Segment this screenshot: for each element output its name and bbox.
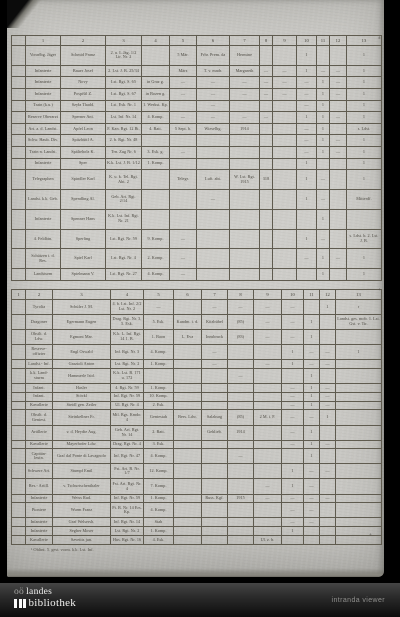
table-cell: 4. Rgt. Nr. 59 bbox=[111, 384, 144, 393]
table-cell: 1. Komp. bbox=[142, 158, 170, 170]
table-cell: — bbox=[320, 440, 336, 449]
table-cell: Dragoner bbox=[26, 315, 53, 330]
table-cell: 1 bbox=[304, 369, 320, 384]
table-cell: 3. Esk. bbox=[144, 440, 174, 449]
table-cell: Pioniere bbox=[26, 503, 53, 518]
table-cell: 1 bbox=[282, 527, 304, 536]
table-cell: — bbox=[228, 300, 254, 315]
table-cell: Graf dal Ponte di Lavagnolo bbox=[53, 449, 111, 464]
table-cell: Weiss Rud. bbox=[53, 494, 111, 503]
table-row: Reserve- offizierEngl OswaldInf. Rgt. Nr… bbox=[12, 345, 382, 360]
table-cell: Landst.- Inf. bbox=[26, 360, 53, 369]
table-cell: Landsturm bbox=[26, 269, 61, 281]
margin-mark: + bbox=[369, 533, 373, 539]
table-cell bbox=[12, 77, 26, 89]
table-cell bbox=[230, 158, 260, 170]
table-cell: 9. Komp. bbox=[142, 229, 170, 249]
table-cell: Steidl gen. Zeiler bbox=[53, 401, 111, 410]
table-cell: — bbox=[304, 410, 320, 425]
table-cell bbox=[174, 384, 202, 393]
table-row: Landst.- Inf.Grazioli AntonLst. Rgt. Nr.… bbox=[12, 360, 382, 369]
table-cell: Margareth bbox=[230, 65, 260, 77]
table-cell bbox=[12, 189, 26, 209]
table-cell bbox=[12, 440, 26, 449]
table-cell: Mil. Bgs. Kmdo. 4 bbox=[111, 410, 144, 425]
page-corner-shadow bbox=[7, 0, 47, 28]
table-cell bbox=[228, 401, 254, 410]
table-cell: Graf Welsersh. bbox=[53, 518, 111, 527]
table-cell: Infanterie bbox=[26, 65, 61, 77]
table-cell: Infant. bbox=[26, 392, 53, 401]
table-cell: Apfel Leon bbox=[61, 123, 106, 135]
table-cell: Bauer Josef bbox=[61, 65, 106, 77]
table-cell bbox=[254, 369, 282, 384]
table-row: DragonerEgermann EugenDrag. Rgt. Nr. 3, … bbox=[12, 315, 382, 330]
table-cell: 2 M. i. F. bbox=[254, 410, 282, 425]
table-cell: Luft. abt. bbox=[197, 170, 230, 190]
table-cell: 1 bbox=[282, 479, 304, 494]
table-row: InfanterieBauer Josef2. Lst. J. B. 25/34… bbox=[12, 65, 382, 77]
table-cell: Lst. Inf. Nr. 14 bbox=[106, 112, 142, 124]
table-cell bbox=[230, 269, 260, 281]
table-cell bbox=[336, 425, 382, 440]
table-cell: — bbox=[320, 345, 336, 360]
logo-line1: oölandes bbox=[14, 587, 76, 597]
table-cell: — bbox=[144, 300, 174, 315]
column-number: 7 bbox=[202, 290, 228, 300]
logo-landes: landes bbox=[26, 587, 52, 597]
table-cell: Obstlt. d. Ldw. bbox=[26, 330, 53, 345]
table-row: InfanterieNovyLst. Rgt. S. 65in Graz g.—… bbox=[12, 77, 382, 89]
table-cell: Pi. B. Nr. 14 Ers. Kp. bbox=[111, 503, 144, 518]
table-cell bbox=[12, 100, 26, 112]
table-cell bbox=[174, 425, 202, 440]
table-cell: in Bozen g. bbox=[142, 89, 170, 101]
table-cell bbox=[330, 229, 347, 249]
table-cell: Hasler bbox=[53, 384, 111, 393]
table-cell: — bbox=[320, 392, 336, 401]
column-number: 1 bbox=[26, 36, 61, 46]
table-cell: Obstlt. d. Geniest. bbox=[26, 410, 53, 425]
table-cell bbox=[273, 46, 297, 66]
column-number: 5 bbox=[144, 290, 174, 300]
table-cell: 1. Komp. bbox=[144, 527, 174, 536]
table-cell bbox=[273, 170, 297, 190]
scanned-page[interactable]: 12345678910111213Vorarlbg. JägerSchmid F… bbox=[7, 0, 384, 577]
table-cell bbox=[336, 330, 382, 345]
table-cell bbox=[254, 449, 282, 464]
table-cell: 4. Esk. bbox=[144, 536, 174, 545]
table-cell: 4. Komp. bbox=[142, 269, 170, 281]
table-cell: 1 bbox=[282, 464, 304, 479]
table-row: Res.- Artill.v. TschurtschenthalerFst. A… bbox=[12, 479, 382, 494]
table-cell bbox=[228, 503, 254, 518]
footnote: ¹ Obltnt. 5. gest. vorm. k.k. Lst. Inf. bbox=[31, 547, 94, 552]
table-cell: k.k. Land- sturm bbox=[26, 369, 53, 384]
table-cell: Schmid Franz bbox=[61, 46, 106, 66]
table-cell: 4. Komp. bbox=[144, 503, 174, 518]
table-cell bbox=[197, 158, 230, 170]
table-cell: Wurm Franz bbox=[53, 503, 111, 518]
table-cell: Mitterdf. bbox=[347, 189, 382, 209]
table-cell bbox=[12, 464, 26, 479]
table-cell: Infanterie bbox=[26, 209, 61, 229]
table-cell: 1. Baon bbox=[144, 330, 174, 345]
table-cell bbox=[12, 410, 26, 425]
table-cell bbox=[197, 269, 230, 281]
table-cell: — bbox=[282, 518, 304, 527]
table-cell bbox=[273, 158, 297, 170]
table-cell bbox=[12, 527, 26, 536]
table-cell: Telegr. bbox=[170, 170, 197, 190]
table-cell: Fst. Art. B. Nr. 1/7 bbox=[111, 464, 144, 479]
table-cell: — bbox=[228, 449, 254, 464]
table-cell bbox=[336, 494, 382, 503]
column-number bbox=[12, 36, 26, 46]
table-cell bbox=[336, 410, 382, 425]
table-cell bbox=[12, 369, 26, 384]
table-cell: Inf. Rgt. Nr. 59 bbox=[111, 392, 144, 401]
table-cell: Hus. Rgt. Nr. 16 bbox=[111, 536, 144, 545]
table-row: InfanterieSperK.k. Lst. J. B. 1/121. Kom… bbox=[12, 158, 382, 170]
table-cell: Russ. Kgf. bbox=[202, 494, 228, 503]
table-cell: Infanterie bbox=[26, 527, 53, 536]
table-cell: K.k. L. Inf. Rgt. 14 1. B. bbox=[111, 330, 144, 345]
table-cell bbox=[282, 449, 304, 464]
table-cell bbox=[197, 249, 230, 269]
table-cell: (85) bbox=[228, 410, 254, 425]
table-cell bbox=[336, 401, 382, 410]
table-cell bbox=[336, 503, 382, 518]
table-cell bbox=[304, 527, 320, 536]
table-cell: Szyła Thadd. bbox=[61, 100, 106, 112]
table-cell: — bbox=[202, 360, 228, 369]
table-cell: 1 bbox=[320, 410, 336, 425]
table-row: Train (k.u.)Szyła Thadd.Lst. Esk. Nr. 11… bbox=[12, 100, 382, 112]
table-cell bbox=[320, 369, 336, 384]
table-cell: — bbox=[330, 65, 347, 77]
column-number: 4 bbox=[111, 290, 144, 300]
table-cell bbox=[282, 536, 304, 545]
table-cell bbox=[174, 518, 202, 527]
table-cell: L. Eva bbox=[174, 330, 202, 345]
library-logo[interactable]: oölandes bibliothek bbox=[14, 587, 76, 609]
table-cell bbox=[260, 269, 273, 281]
table-cell bbox=[260, 229, 273, 249]
table-cell bbox=[254, 527, 282, 536]
table-cell: — bbox=[297, 100, 317, 112]
table-cell bbox=[320, 425, 336, 440]
table-row: Obstlt. d. Ldw.Egmont Mar.K.k. L. Inf. R… bbox=[12, 330, 382, 345]
table-cell: — bbox=[202, 345, 228, 360]
column-number: 2 bbox=[61, 36, 106, 46]
table-cell: — bbox=[282, 410, 304, 425]
table-cell: K.k. Lst. J. B. 1/12 bbox=[106, 158, 142, 170]
table-cell bbox=[260, 249, 273, 269]
table-cell: — bbox=[197, 89, 230, 101]
table-cell: 1 bbox=[347, 158, 382, 170]
table-cell: Infanterie bbox=[26, 89, 61, 101]
table-cell: Train (k.u.) bbox=[26, 100, 61, 112]
table-cell: 1 bbox=[304, 384, 320, 393]
table-cell: Artillerie bbox=[26, 425, 53, 440]
table-cell: — bbox=[197, 100, 230, 112]
table-cell bbox=[12, 46, 26, 66]
table-cell: Infanterie bbox=[26, 494, 53, 503]
table-cell: Reserve- offizier bbox=[26, 345, 53, 360]
table-cell bbox=[12, 360, 26, 369]
table-cell bbox=[273, 249, 297, 269]
table-cell: 1915 bbox=[228, 494, 254, 503]
table-cell: 1 bbox=[347, 46, 382, 66]
table-cell: Kavallerie bbox=[26, 401, 53, 410]
table-cell: Capitän- leutn. bbox=[26, 449, 53, 464]
table-cell: Drag. Rgt. Nr. 3, 5. Esk. bbox=[111, 315, 144, 330]
table-cell bbox=[174, 440, 202, 449]
table-cell: — bbox=[304, 494, 320, 503]
table-row: Artilleriev. d. Heydte Aug.Geb. Art. Rgt… bbox=[12, 425, 382, 440]
table-cell bbox=[12, 229, 26, 249]
table-cell bbox=[197, 146, 230, 158]
table-cell bbox=[336, 518, 382, 527]
table-cell: — bbox=[254, 494, 282, 503]
table-cell bbox=[202, 401, 228, 410]
table-cell bbox=[202, 440, 228, 449]
table-cell: — bbox=[297, 249, 317, 269]
table-cell: — bbox=[317, 189, 330, 209]
table-cell bbox=[170, 209, 197, 229]
table-cell: 1 bbox=[347, 269, 382, 281]
table-cell bbox=[12, 123, 26, 135]
table-cell: Kundm. i. d. bbox=[174, 315, 202, 330]
table-cell: Vorarlbg. Jäger bbox=[26, 46, 61, 66]
column-number: 3 bbox=[53, 290, 111, 300]
table-cell: 5 Mär. bbox=[170, 46, 197, 66]
table-cell bbox=[230, 146, 260, 158]
table-cell: 1 bbox=[297, 170, 317, 190]
table-cell bbox=[12, 158, 26, 170]
table-cell: 5. Esk. bbox=[144, 315, 174, 330]
table-row: Schwere Art.Stumpf EmilFst. Art. B. Nr. … bbox=[12, 464, 382, 479]
table-cell bbox=[273, 112, 297, 124]
table-cell bbox=[12, 503, 26, 518]
table-cell bbox=[12, 518, 26, 527]
table-cell bbox=[12, 392, 26, 401]
table-cell: 4. Feldbtn. bbox=[26, 229, 61, 249]
table-row: KavallerieSteidl gen. ZeilerUl. Rgt. Nr.… bbox=[12, 401, 382, 410]
table-cell bbox=[336, 479, 382, 494]
table-cell: 1 bbox=[317, 209, 330, 229]
table-cell: — bbox=[230, 77, 260, 89]
table-cell: 1 bbox=[317, 135, 330, 147]
table-cell: K.k. Lst. Inf. Rgt. Nr. 21 bbox=[106, 209, 142, 229]
table-cell bbox=[197, 135, 230, 147]
table-cell: — bbox=[304, 479, 320, 494]
table-cell: Lst. Rgt. Nr. 27 bbox=[106, 269, 142, 281]
table-cell: — bbox=[273, 77, 297, 89]
table-cell bbox=[12, 401, 26, 410]
table-cell: 4. Komp. bbox=[142, 112, 170, 124]
table-cell bbox=[202, 392, 228, 401]
table-cell: 1 bbox=[297, 112, 317, 124]
margin-mark: ± bbox=[378, 36, 382, 42]
table-cell bbox=[12, 315, 26, 330]
table-cell: 1 bbox=[317, 269, 330, 281]
table-cell bbox=[336, 369, 382, 384]
table-cell: s. Ldst. b. 2. Lst. J. B. bbox=[347, 229, 382, 249]
table-cell: W. Lst. Rgt. 1915 bbox=[230, 170, 260, 190]
table-cell bbox=[336, 440, 382, 449]
table-cell: — bbox=[317, 229, 330, 249]
table-row: KavallerieSzvetits jun.Hus. Rgt. Nr. 164… bbox=[12, 536, 382, 545]
table-cell: K. u. k. Tel. Rgt. Abt. 2 bbox=[106, 170, 142, 190]
table-cell: Fst. Art. Rgt. Nr. 4 bbox=[111, 479, 144, 494]
column-number: 10 bbox=[282, 290, 304, 300]
table-cell: Sperner Ant. bbox=[61, 112, 106, 124]
table-cell: — bbox=[260, 65, 273, 77]
table-cell bbox=[202, 479, 228, 494]
table-cell bbox=[228, 518, 254, 527]
table-cell bbox=[202, 384, 228, 393]
table-cell: — bbox=[260, 77, 273, 89]
table-cell: 1. Werkst. Kp. bbox=[142, 100, 170, 112]
table-cell bbox=[304, 536, 320, 545]
table-cell: 4. Komp. bbox=[144, 345, 174, 360]
table-cell bbox=[142, 170, 170, 190]
table-cell bbox=[202, 369, 228, 384]
column-number: 11 bbox=[317, 36, 330, 46]
table-cell bbox=[202, 449, 228, 464]
table-cell: Novy bbox=[61, 77, 106, 89]
table-cell: — bbox=[197, 112, 230, 124]
table-cell: Trn. Zug Nr. 6 bbox=[106, 146, 142, 158]
table-cell: Spindler Karl bbox=[61, 170, 106, 190]
table-cell: Mayerhofer Ldw. bbox=[53, 440, 111, 449]
table-cell: 1 bbox=[347, 170, 382, 190]
table-row: Capitän- leutn.Graf dal Ponte di Lavagno… bbox=[12, 449, 382, 464]
page-edge-shadow bbox=[7, 568, 384, 577]
column-number: 8 bbox=[228, 290, 254, 300]
table-cell: Lst. Rgt. Nr. 2 bbox=[111, 527, 144, 536]
table-cell: 1 bbox=[304, 449, 320, 464]
table-cell: Wieselbg. bbox=[197, 123, 230, 135]
table-cell bbox=[12, 425, 26, 440]
table-cell bbox=[202, 527, 228, 536]
table-cell: — bbox=[170, 146, 197, 158]
table-cell: 2. Komp. bbox=[142, 249, 170, 269]
table-cell: Drag. Rgt. Nr. 4 bbox=[111, 440, 144, 449]
table-cell bbox=[12, 449, 26, 464]
table-row: InfanteriePospíšil Z.Lst. Rgt. S. 67in B… bbox=[12, 89, 382, 101]
table-cell: 1 bbox=[297, 229, 317, 249]
table-cell: 1 bbox=[317, 146, 330, 158]
table-cell: — bbox=[320, 360, 336, 369]
table-cell: Lst. Esk. Nr. 1 bbox=[106, 100, 142, 112]
table-cell: Spiel Karl bbox=[61, 249, 106, 269]
table-cell bbox=[336, 360, 382, 369]
table-cell bbox=[12, 170, 26, 190]
table-cell bbox=[297, 269, 317, 281]
table-cell: 1 bbox=[282, 360, 304, 369]
table-cell bbox=[254, 392, 282, 401]
table-cell: — bbox=[254, 330, 282, 345]
table-cell: 1 bbox=[320, 300, 336, 315]
table-cell bbox=[174, 464, 202, 479]
table-cell: 1 bbox=[304, 392, 320, 401]
table-cell bbox=[320, 527, 336, 536]
table-cell: — bbox=[282, 425, 304, 440]
table-cell bbox=[174, 503, 202, 518]
table-cell: 1 bbox=[347, 77, 382, 89]
table-cell: 4. b. Lst. Inf. 2/2 Lst. Nr. 2 bbox=[111, 300, 144, 315]
table-cell: Schwere Art. bbox=[26, 464, 53, 479]
table-cell bbox=[304, 300, 320, 315]
table-cell bbox=[12, 89, 26, 101]
table-cell bbox=[273, 123, 297, 135]
table-cell bbox=[12, 345, 26, 360]
table-cell: Lst. Rgt. Nr. 2 bbox=[111, 360, 144, 369]
table-cell: — bbox=[170, 269, 197, 281]
table-cell: — bbox=[170, 89, 197, 101]
table-cell bbox=[174, 300, 202, 315]
table-cell bbox=[273, 209, 297, 229]
table-cell bbox=[230, 209, 260, 229]
table-cell: — bbox=[320, 494, 336, 503]
table-cell: — bbox=[282, 392, 304, 401]
table-cell: Ul. Rgt. Nr. 4 bbox=[111, 401, 144, 410]
table-cell: Spendling Al. bbox=[61, 189, 106, 209]
table-cell bbox=[330, 158, 347, 170]
table-cell bbox=[273, 135, 297, 147]
table-cell: — bbox=[297, 135, 317, 147]
table-cell: — bbox=[260, 112, 273, 124]
table-cell: 1 bbox=[347, 249, 382, 269]
table-cell: 1 bbox=[304, 401, 320, 410]
table-cell bbox=[228, 384, 254, 393]
logo-line2: bibliothek bbox=[14, 597, 76, 609]
table-cell bbox=[260, 123, 273, 135]
column-number: 6 bbox=[174, 290, 202, 300]
table-cell: Schüler J. M. bbox=[53, 300, 111, 315]
table-cell: Lst. Rgt. Nr. 59 bbox=[106, 229, 142, 249]
table-cell: Szvetits jun. bbox=[53, 536, 111, 545]
table-cell: — bbox=[317, 170, 330, 190]
table-cell: 1 bbox=[282, 345, 304, 360]
table-cell: 1 bbox=[304, 330, 320, 345]
table-cell: März bbox=[170, 65, 197, 77]
table-cell: 1914 bbox=[228, 425, 254, 440]
table-cell: — bbox=[297, 77, 317, 89]
table-cell: Egmont Mar. bbox=[53, 330, 111, 345]
table-cell: Kavallerie bbox=[26, 440, 53, 449]
table-cell: Frhr. Prem. da bbox=[197, 46, 230, 66]
table-cell: Hammerle Isid. bbox=[53, 369, 111, 384]
table-cell: Infanterie bbox=[26, 77, 61, 89]
table-cell bbox=[320, 315, 336, 330]
table-cell: Inf. Rgt. Nr. 3 bbox=[111, 345, 144, 360]
table-cell bbox=[228, 392, 254, 401]
table-cell bbox=[260, 100, 273, 112]
table-cell: Geb. Art. Rgt. Nr. 14 bbox=[111, 425, 144, 440]
table-row: Infant.Hasler4. Rgt. Nr. 591. Komp.—1— bbox=[12, 384, 382, 393]
table-cell: — bbox=[297, 146, 317, 158]
table-cell bbox=[174, 479, 202, 494]
table-cell: — bbox=[320, 401, 336, 410]
table-cell: Telegraphen bbox=[26, 170, 61, 190]
table-cell: 1 bbox=[347, 135, 382, 147]
table-cell bbox=[174, 449, 202, 464]
table-cell: — bbox=[282, 384, 304, 393]
